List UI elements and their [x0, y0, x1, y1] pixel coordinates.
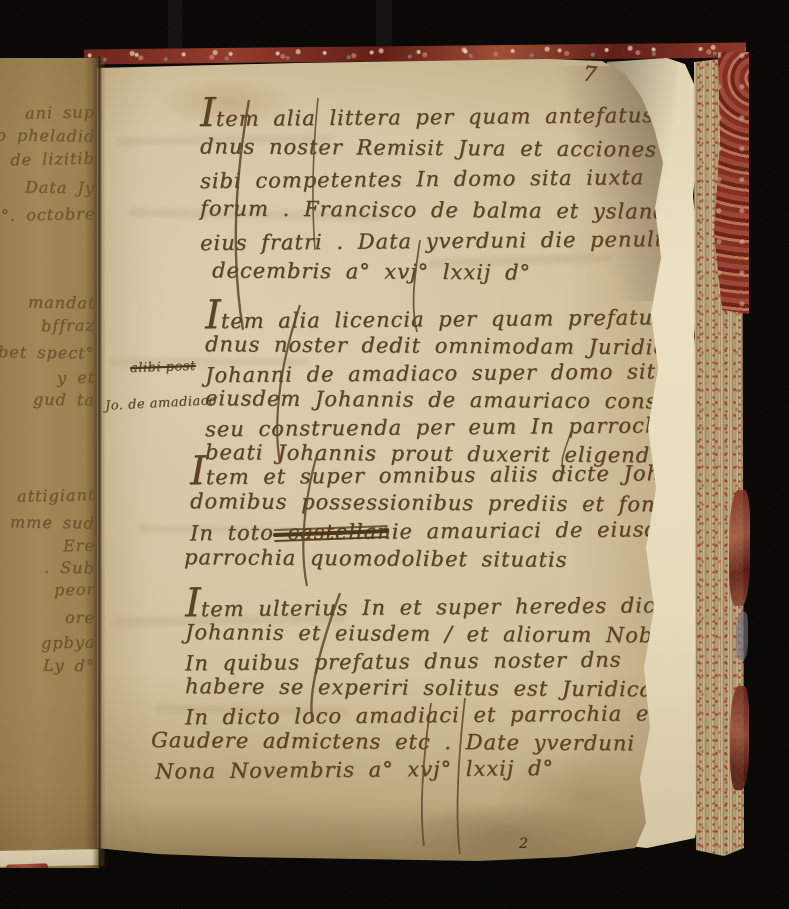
book-photo: ani sup aro pheladid bris de lizitib Dat…	[0, 0, 789, 909]
binding-red-mark	[6, 863, 48, 868]
page-footer-number: 2	[519, 836, 528, 852]
marbled-cover-patch	[729, 490, 750, 606]
text-line: mandat	[28, 293, 95, 313]
text-line: Data Jy	[25, 178, 95, 198]
text-line: Ere	[63, 536, 95, 556]
book-gutter	[92, 56, 106, 866]
margin-note-struck: alibi post	[130, 359, 196, 376]
paragraph-1: Item alia littera per quam antefatus dnu…	[200, 100, 681, 288]
text-line: dnus noster Remisit Jura et acciones	[200, 131, 681, 165]
text-line: Item alia littera per quam antefatus	[200, 98, 682, 135]
text-line: sibi competentes In domo sita iuxta	[200, 162, 682, 197]
text-line: parrochia quomodolibet situatis	[184, 543, 723, 575]
folio-number: 7	[582, 61, 598, 86]
text-line: gpbya	[40, 632, 95, 652]
text-line: forum . Francisco de balma et yslando	[200, 193, 681, 227]
text-line: mme sud	[10, 512, 95, 532]
text-line: bris de lizitib	[0, 149, 95, 171]
text-line: Item ulterius In et super heredes dicte	[185, 588, 732, 624]
text-line: decembris a° xvj° lxxij d°	[212, 255, 681, 289]
text-line: aro pheladid	[0, 125, 95, 146]
text-line: Item et super omnibus aliis dicte Johann…	[190, 456, 723, 492]
marbled-cover-patch	[736, 612, 748, 660]
text-line: Ly d°	[43, 656, 95, 676]
text-line: y et	[57, 368, 95, 388]
manuscript-page: 7 Item alia littera per quam antefatus d…	[97, 58, 665, 863]
text-line: peor	[54, 580, 95, 600]
text-line: . Sub	[44, 558, 95, 578]
marbled-cover-patch	[730, 686, 749, 790]
text-line: attigiant	[17, 485, 96, 506]
text-line: ani sup	[25, 102, 95, 122]
text-line: gud ta	[33, 390, 95, 410]
text-line: bet spect°	[0, 342, 95, 362]
text-line: ore	[65, 608, 95, 627]
margin-note: Jo. de amadiaco	[105, 393, 218, 414]
background-streak	[376, 0, 392, 52]
left-page-fragment: ani sup aro pheladid bris de lizitib Dat…	[0, 58, 99, 868]
text-line: domibus possessionibus prediis et fondis	[190, 487, 723, 519]
paper-stain	[397, 803, 617, 863]
paragraph-3: Item et super omnibus aliis dicte Johann…	[190, 458, 723, 573]
text-line: In toto castellanie amauriaci de eiusdem	[190, 515, 723, 548]
text-line: eius fratri . Data yverduni die penult.	[200, 224, 682, 259]
text-line: °. octobre	[1, 204, 96, 225]
text-line: bffraz	[41, 315, 95, 335]
